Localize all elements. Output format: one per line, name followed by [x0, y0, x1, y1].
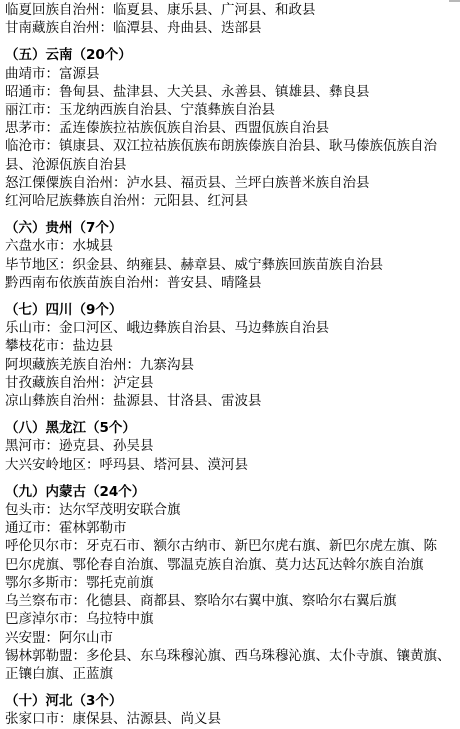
region-line: 锡林郭勒盟：多伦县、东乌珠穆沁旗、西乌珠穆沁旗、太仆寺旗、镶黄旗、 [5, 647, 460, 665]
region-line: 昭通市：鲁甸县、盐津县、大关县、永善县、镇雄县、彝良县 [5, 83, 460, 101]
region-line-wrap: 县、沧源佤族自治县 [5, 156, 460, 174]
region-line: 红河哈尼族彝族自治州：元阳县、红河县 [5, 192, 460, 210]
section-heilongjiang: （八）黑龙江（5个） 黑河市：逊克县、孙吴县 大兴安岭地区：呼玛县、塔河县、漠河… [5, 419, 460, 474]
region-line: 思茅市：孟连傣族拉祜族佤族自治县、西盟佤族自治县 [5, 119, 460, 137]
section-header-guizhou: （六）贵州（7个） [5, 219, 460, 237]
section-header-sichuan: （七）四川（9个） [5, 301, 460, 319]
region-line: 鄂尔多斯市：鄂托克前旗 [5, 574, 460, 592]
region-line: 黔西南布依族苗族自治州：普安县、晴隆县 [5, 274, 460, 292]
region-line: 凉山彝族自治州：盐源县、甘洛县、雷波县 [5, 392, 460, 410]
region-line: 兴安盟：阿尔山市 [5, 629, 460, 647]
document-page: 临夏回族自治州：临夏县、康乐县、广河县、和政县 甘南藏族自治州：临潭县、舟曲县、… [0, 0, 460, 729]
region-line: 临沧市：镇康县、双江拉祜族佤族布朗族傣族自治县、耿马傣族佤族自治 [5, 137, 460, 155]
region-line: 甘孜藏族自治州：泸定县 [5, 374, 460, 392]
section-guizhou: （六）贵州（7个） 六盘水市：水城县 毕节地区：织金县、纳雍县、赫章县、威宁彝族… [5, 219, 460, 292]
region-line-gannan: 甘南藏族自治州：临潭县、舟曲县、迭部县 [5, 19, 460, 37]
region-line: 通辽市：霍林郭勒市 [5, 519, 460, 537]
region-line: 大兴安岭地区：呼玛县、塔河县、漠河县 [5, 456, 460, 474]
region-line: 乌兰察布市：化德县、商都县、察哈尔右翼中旗、察哈尔右翼后旗 [5, 592, 460, 610]
region-line: 六盘水市：水城县 [5, 237, 460, 255]
region-line: 曲靖市：富源县 [5, 65, 460, 83]
region-line-wrap: 正镶白旗、正蓝旗 [5, 665, 460, 683]
scrollbar-fragment [449, 0, 460, 2]
region-line: 包头市：达尔罕茂明安联合旗 [5, 501, 460, 519]
region-line: 攀枝花市：盐边县 [5, 337, 460, 355]
region-line-wrap: 巴尔虎旗、鄂伦春自治旗、鄂温克族自治旗、莫力达瓦达斡尔族自治旗 [5, 556, 460, 574]
region-line: 呼伦贝尔市：牙克石市、额尔古纳市、新巴尔虎右旗、新巴尔虎左旗、陈 [5, 537, 460, 555]
section-header-hebei: （十）河北（3个） [5, 692, 460, 710]
section-header-neimenggu: （九）内蒙古（24个） [5, 483, 460, 501]
region-line: 毕节地区：织金县、纳雍县、赫章县、威宁彝族回族苗族自治县 [5, 256, 460, 274]
section-header-yunnan: （五）云南（20个） [5, 46, 460, 64]
section-hebei: （十）河北（3个） 张家口市：康保县、沽源县、尚义县 [5, 692, 460, 728]
section-neimenggu: （九）内蒙古（24个） 包头市：达尔罕茂明安联合旗 通辽市：霍林郭勒市 呼伦贝尔… [5, 483, 460, 683]
region-line: 巴彦淖尔市：乌拉特中旗 [5, 610, 460, 628]
region-line: 张家口市：康保县、沽源县、尚义县 [5, 710, 460, 728]
region-line: 黑河市：逊克县、孙吴县 [5, 437, 460, 455]
section-yunnan: （五）云南（20个） 曲靖市：富源县 昭通市：鲁甸县、盐津县、大关县、永善县、镇… [5, 46, 460, 210]
region-line: 丽江市：玉龙纳西族自治县、宁蒗彝族自治县 [5, 101, 460, 119]
region-line-linxia: 临夏回族自治州：临夏县、康乐县、广河县、和政县 [5, 1, 460, 19]
section-sichuan: （七）四川（9个） 乐山市：金口河区、峨边彝族自治县、马边彝族自治县 攀枝花市：… [5, 301, 460, 410]
section-header-heilongjiang: （八）黑龙江（5个） [5, 419, 460, 437]
region-line: 阿坝藏族羌族自治州：九寨沟县 [5, 356, 460, 374]
region-line: 怒江傈僳族自治州：泸水县、福贡县、兰坪白族普米族自治县 [5, 174, 460, 192]
region-line: 乐山市：金口河区、峨边彝族自治县、马边彝族自治县 [5, 319, 460, 337]
